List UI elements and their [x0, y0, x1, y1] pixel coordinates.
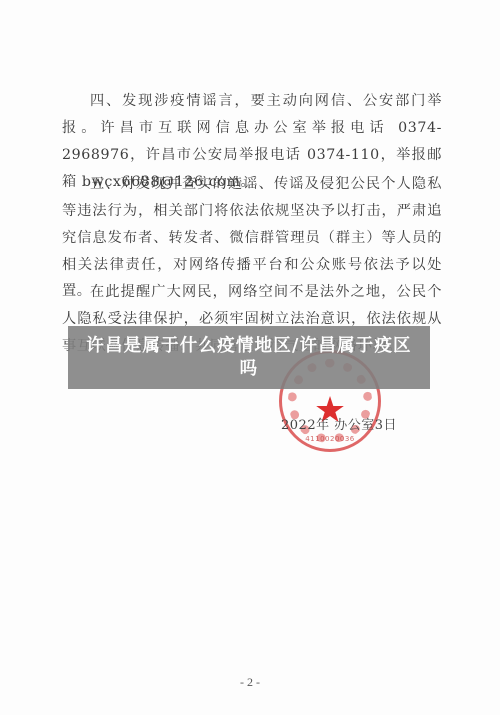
article-title: 许昌是属于什么疫情地区/许昌属于疫区吗: [80, 335, 418, 381]
seal-code: 4110020036: [282, 435, 378, 443]
title-overlay-banner: 许昌是属于什么疫情地区/许昌属于疫区吗: [68, 326, 430, 389]
page-number: - 2 -: [0, 675, 500, 690]
signature-date: 2022年 办公室3日: [281, 414, 397, 433]
